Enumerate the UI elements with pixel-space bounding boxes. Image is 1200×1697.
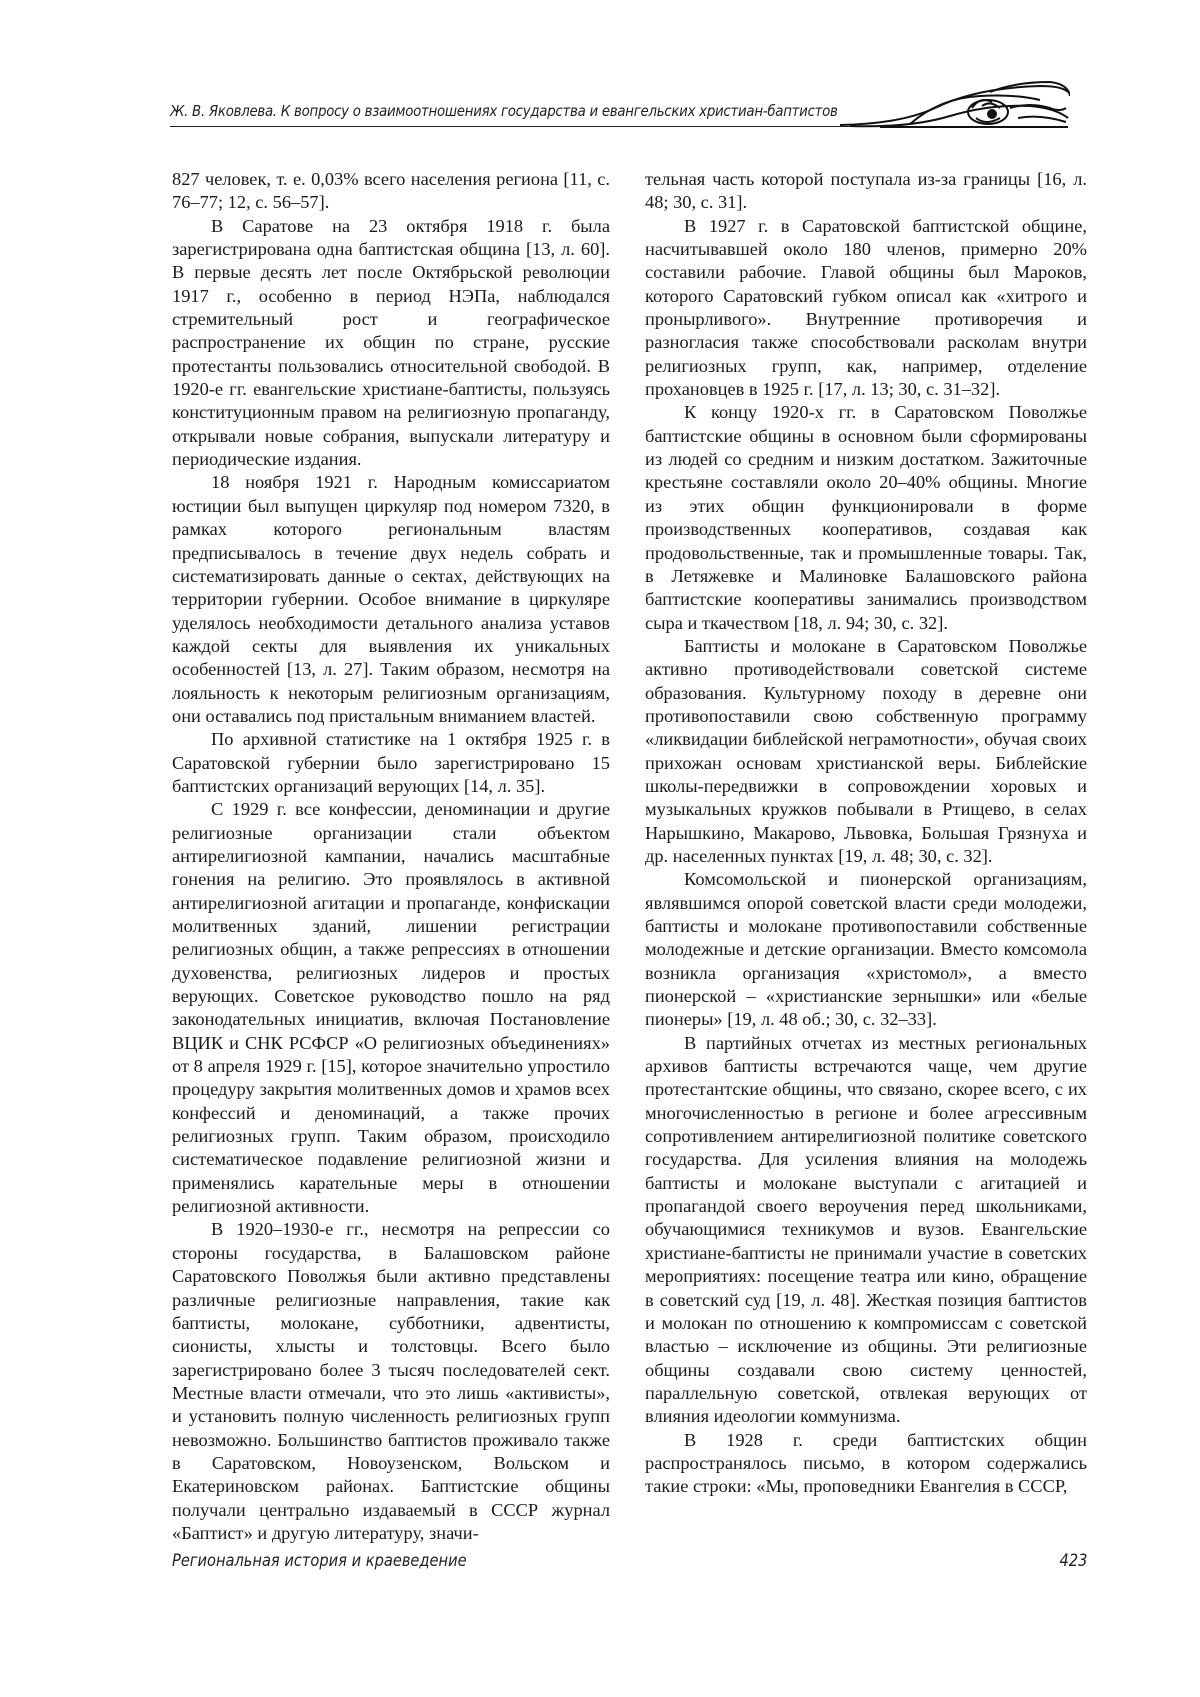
paragraph: 827 человек, т. е. 0,03% всего населения… <box>172 168 610 215</box>
journal-name: Региональная история и краеведение <box>172 1551 467 1571</box>
page-footer: Региональная история и краеведение 423 <box>172 1551 1087 1577</box>
header-rule <box>170 126 890 127</box>
paragraph: Баптисты и молокане в Саратовском Поволж… <box>645 635 1087 868</box>
left-column: 827 человек, т. е. 0,03% всего населения… <box>172 168 610 1545</box>
paragraph: тельная часть которой поступала из-за гр… <box>645 168 1087 215</box>
journal-page: Ж. В. Яковлева. К вопросу о взаимоотноше… <box>0 0 1200 1697</box>
running-title: Ж. В. Яковлева. К вопросу о взаимоотноше… <box>170 102 838 120</box>
paragraph: В 1920–1930-е гг., несмотря на репрессии… <box>172 1218 610 1545</box>
paragraph: 18 ноября 1921 г. Народным комиссариатом… <box>172 471 610 728</box>
page-number: 423 <box>1059 1551 1087 1571</box>
paragraph: С 1929 г. все конфессии, деноминации и д… <box>172 798 610 1218</box>
paragraph: Комсомольской и пионерской организациям,… <box>645 868 1087 1031</box>
paragraph: В Саратове на 23 октября 1918 г. была за… <box>172 215 610 472</box>
paragraph: В партийных отчетах из местных региональ… <box>645 1032 1087 1429</box>
paragraph: К концу 1920-х гг. в Саратовском Поволжь… <box>645 401 1087 634</box>
paragraph: В 1927 г. в Саратовской баптистской общи… <box>645 215 1087 402</box>
paragraph: По архивной статистике на 1 октября 1925… <box>172 728 610 798</box>
paragraph: В 1928 г. среди баптистских общин распро… <box>645 1429 1087 1499</box>
right-column: тельная часть которой поступала из-за гр… <box>645 168 1087 1499</box>
ornament-icon <box>840 78 1070 138</box>
